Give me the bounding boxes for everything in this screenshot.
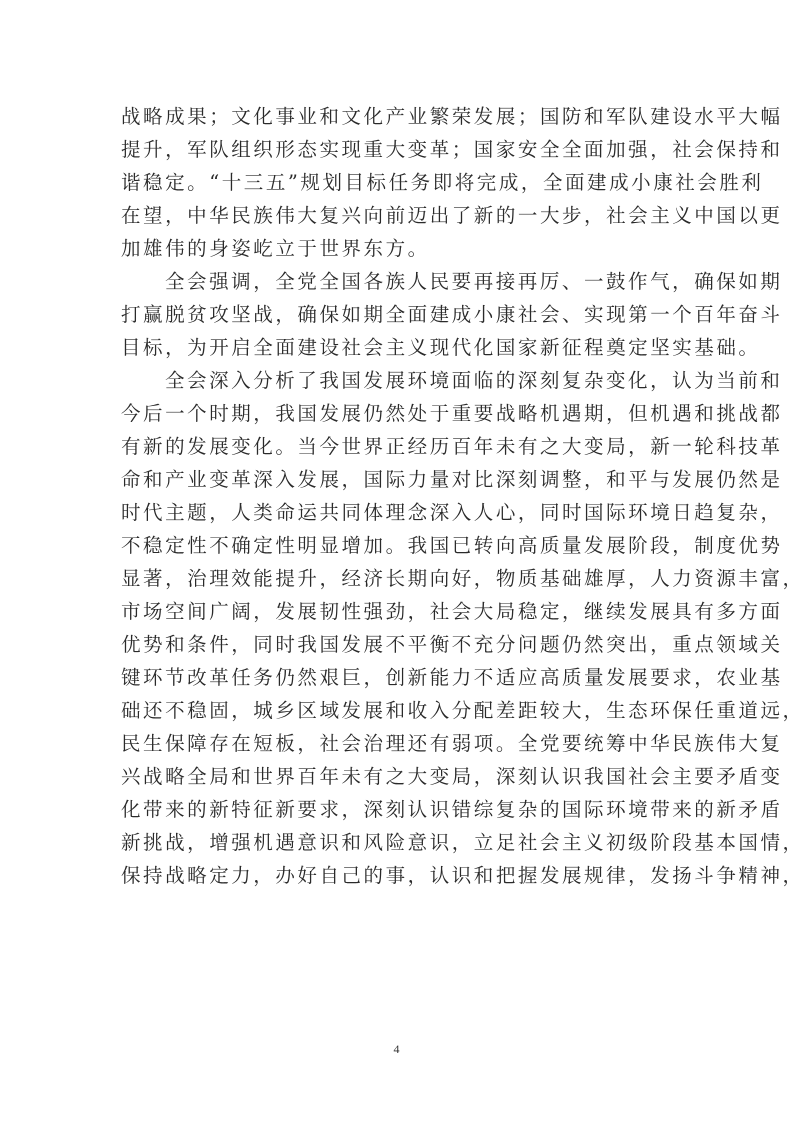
text-line: 市场空间广阔，发展韧性强劲，社会大局稳定，继续发展具有多方面: [121, 595, 681, 628]
text-line: 民生保障存在短板，社会治理还有弱项。全党要统筹中华民族伟大复: [121, 727, 681, 760]
page-number: 4: [0, 1042, 793, 1057]
text-line: 目标，为开启全面建设社会主义现代化国家新征程奠定坚实基础。: [121, 331, 681, 364]
text-line: 新挑战，增强机遇意识和风险意识，立足社会主义初级阶段基本国情，: [121, 826, 681, 859]
text-line: 提升，军队组织形态实现重大变革；国家安全全面加强，社会保持和: [121, 133, 681, 166]
text-line: 在望，中华民族伟大复兴向前迈出了新的一大步，社会主义中国以更: [121, 199, 681, 232]
text-line: 显著，治理效能提升，经济长期向好，物质基础雄厚，人力资源丰富，: [121, 562, 681, 595]
text-line: 时代主题，人类命运共同体理念深入人心，同时国际环境日趋复杂，: [121, 496, 681, 529]
text-line: 兴战略全局和世界百年未有之大变局，深刻认识我国社会主要矛盾变: [121, 760, 681, 793]
text-line: 化带来的新特征新要求，深刻认识错综复杂的国际环境带来的新矛盾: [121, 793, 681, 826]
text-line: 保持战略定力，办好自己的事，认识和把握发展规律，发扬斗争精神，: [121, 859, 681, 892]
text-line: 命和产业变革深入发展，国际力量对比深刻调整，和平与发展仍然是: [121, 463, 681, 496]
text-line: 加雄伟的身姿屹立于世界东方。: [121, 232, 681, 265]
text-line: 优势和条件，同时我国发展不平衡不充分问题仍然突出，重点领域关: [121, 628, 681, 661]
text-line: 全会深入分析了我国发展环境面临的深刻复杂变化，认为当前和: [121, 364, 681, 397]
paragraph-2: 全会强调，全党全国各族人民要再接再厉、一鼓作气，确保如期 打赢脱贫攻坚战，确保如…: [121, 265, 681, 364]
text-line: 有新的发展变化。当今世界正经历百年未有之大变局，新一轮科技革: [121, 430, 681, 463]
text-line: 不稳定性不确定性明显增加。我国已转向高质量发展阶段，制度优势: [121, 529, 681, 562]
text-line: 打赢脱贫攻坚战，确保如期全面建成小康社会、实现第一个百年奋斗: [121, 298, 681, 331]
text-line: 键环节改革任务仍然艰巨，创新能力不适应高质量发展要求，农业基: [121, 661, 681, 694]
text-line: 础还不稳固，城乡区域发展和收入分配差距较大，生态环保任重道远，: [121, 694, 681, 727]
document-page: 战略成果；文化事业和文化产业繁荣发展；国防和军队建设水平大幅 提升，军队组织形态…: [0, 0, 793, 1122]
paragraph-3: 全会深入分析了我国发展环境面临的深刻复杂变化，认为当前和 今后一个时期，我国发展…: [121, 364, 681, 892]
body-text: 战略成果；文化事业和文化产业繁荣发展；国防和军队建设水平大幅 提升，军队组织形态…: [121, 100, 681, 892]
text-line: 谐稳定。“十三五”规划目标任务即将完成，全面建成小康社会胜利: [121, 166, 681, 199]
text-line: 全会强调，全党全国各族人民要再接再厉、一鼓作气，确保如期: [121, 265, 681, 298]
text-line: 今后一个时期，我国发展仍然处于重要战略机遇期，但机遇和挑战都: [121, 397, 681, 430]
paragraph-1: 战略成果；文化事业和文化产业繁荣发展；国防和军队建设水平大幅 提升，军队组织形态…: [121, 100, 681, 265]
text-line: 战略成果；文化事业和文化产业繁荣发展；国防和军队建设水平大幅: [121, 100, 681, 133]
